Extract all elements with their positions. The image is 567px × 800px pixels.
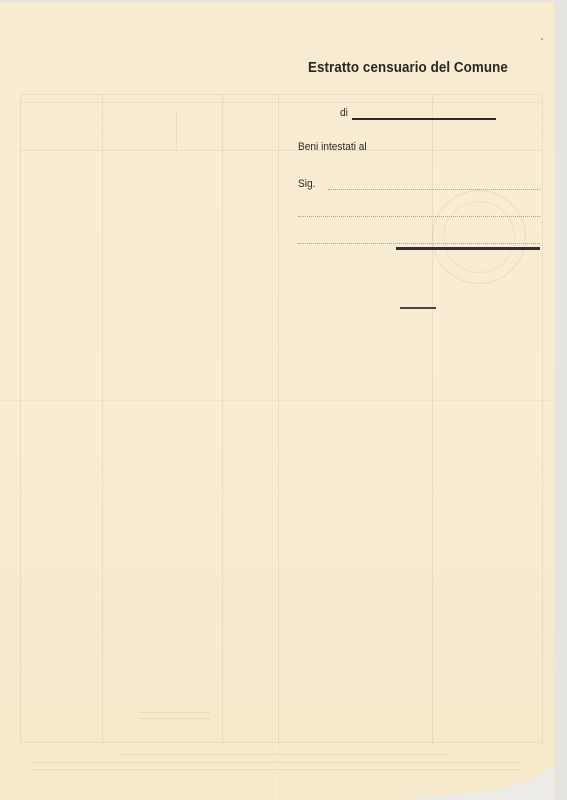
ghost-column-line bbox=[20, 94, 21, 744]
ghost-footer-line bbox=[120, 754, 450, 755]
ghost-column-line bbox=[542, 94, 543, 744]
ghost-footer-line bbox=[30, 769, 520, 770]
comune-di-label: di bbox=[340, 107, 348, 119]
ghost-note-line bbox=[140, 712, 210, 713]
ghost-table-bottom-line bbox=[20, 742, 542, 743]
owner-dotted-line-2 bbox=[298, 216, 540, 217]
document-page: ​ ​ ​ Estratto censuario del Comune di B… bbox=[0, 2, 557, 800]
short-rule bbox=[400, 307, 436, 309]
torn-corner bbox=[399, 762, 557, 800]
paper-speck bbox=[556, 771, 557, 773]
beni-intestati-label: Beni intestati al bbox=[298, 141, 367, 153]
ghost-stamp bbox=[432, 190, 526, 284]
ghost-table-header-line bbox=[20, 102, 542, 103]
ghost-column-line bbox=[278, 94, 279, 744]
thick-rule bbox=[396, 247, 540, 250]
owner-name-dotted-line bbox=[328, 189, 540, 190]
owner-dotted-line-3 bbox=[298, 243, 540, 244]
ghost-table-header-bottom-line bbox=[20, 150, 542, 151]
ghost-table-top-line bbox=[20, 94, 542, 95]
ghost-footer-line bbox=[30, 762, 520, 763]
paper-speck bbox=[541, 38, 543, 40]
comune-name-line bbox=[352, 118, 496, 120]
document-title: Estratto censuario del Comune bbox=[308, 60, 508, 76]
ghost-note-line bbox=[140, 718, 210, 719]
ghost-column-line bbox=[176, 112, 177, 150]
ghost-column-line bbox=[102, 94, 103, 744]
sig-label: Sig. bbox=[298, 178, 315, 190]
ghost-column-line bbox=[222, 94, 223, 744]
vertical-fold bbox=[272, 2, 274, 800]
ghost-column-line bbox=[432, 94, 433, 744]
